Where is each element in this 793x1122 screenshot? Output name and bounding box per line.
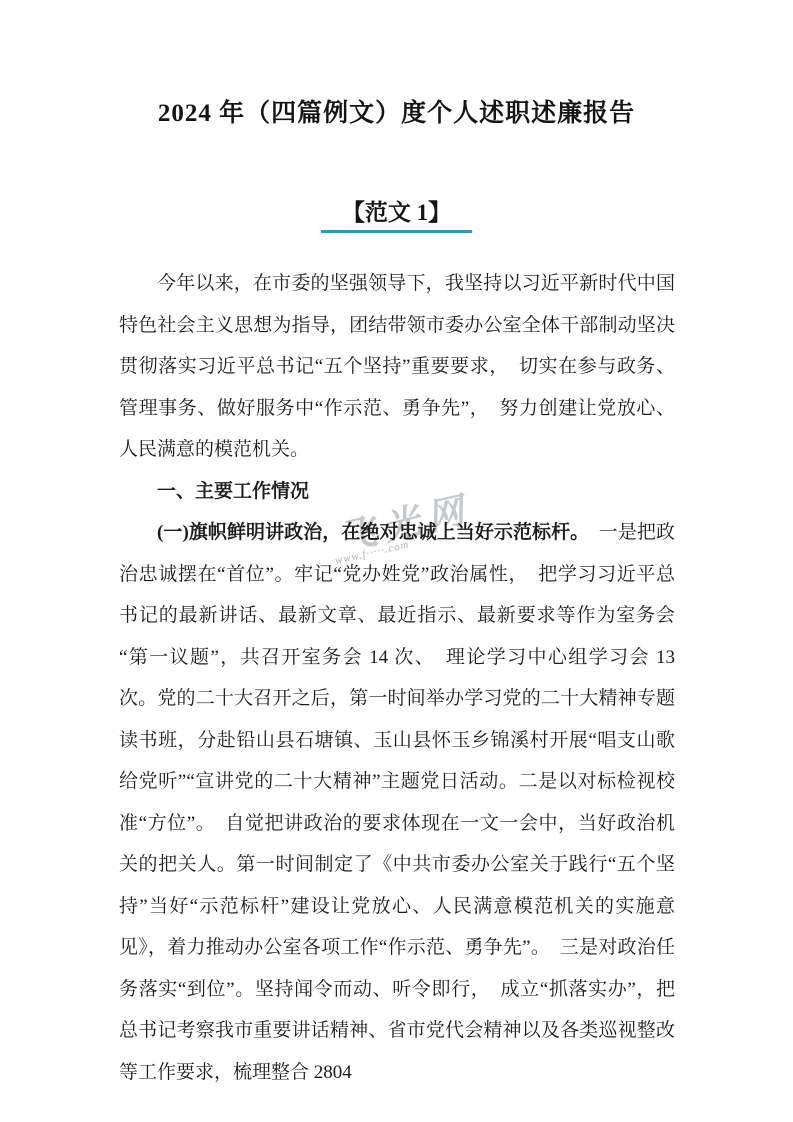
sub-paragraph-1-text: 一是把政治忠诚摆在“首位”。牢记“党办姓党”政治属性， 把学习习近平总书记的最新… (119, 522, 675, 1083)
intro-paragraph: 今年以来，在市委的坚强领导下，我坚持以习近平新时代中国特色社会主义思想为指导，团… (119, 263, 675, 471)
sub-paragraph-1: (一)旗帜鲜明讲政治，在绝对忠诚上当好示范标杆。 一是把政治忠诚摆在“首位”。牢… (119, 512, 675, 1093)
document-title: 2024 年（四篇例文）度个人述职述廉报告 (0, 0, 793, 130)
sub-paragraph-1-lead: (一)旗帜鲜明讲政治，在绝对忠诚上当好示范标杆。 (157, 522, 580, 543)
section-heading-row: 【范文 1】 (0, 180, 793, 252)
main-heading: 一、主要工作情况 (119, 471, 675, 513)
document-page: 2024 年（四篇例文）度个人述职述廉报告 【范文 1】 今年以来，在市委的坚强… (0, 0, 793, 1122)
document-body: 今年以来，在市委的坚强领导下，我坚持以习近平新时代中国特色社会主义思想为指导，团… (119, 263, 675, 1093)
section-heading-underline: 【范文 1】 (321, 199, 472, 233)
